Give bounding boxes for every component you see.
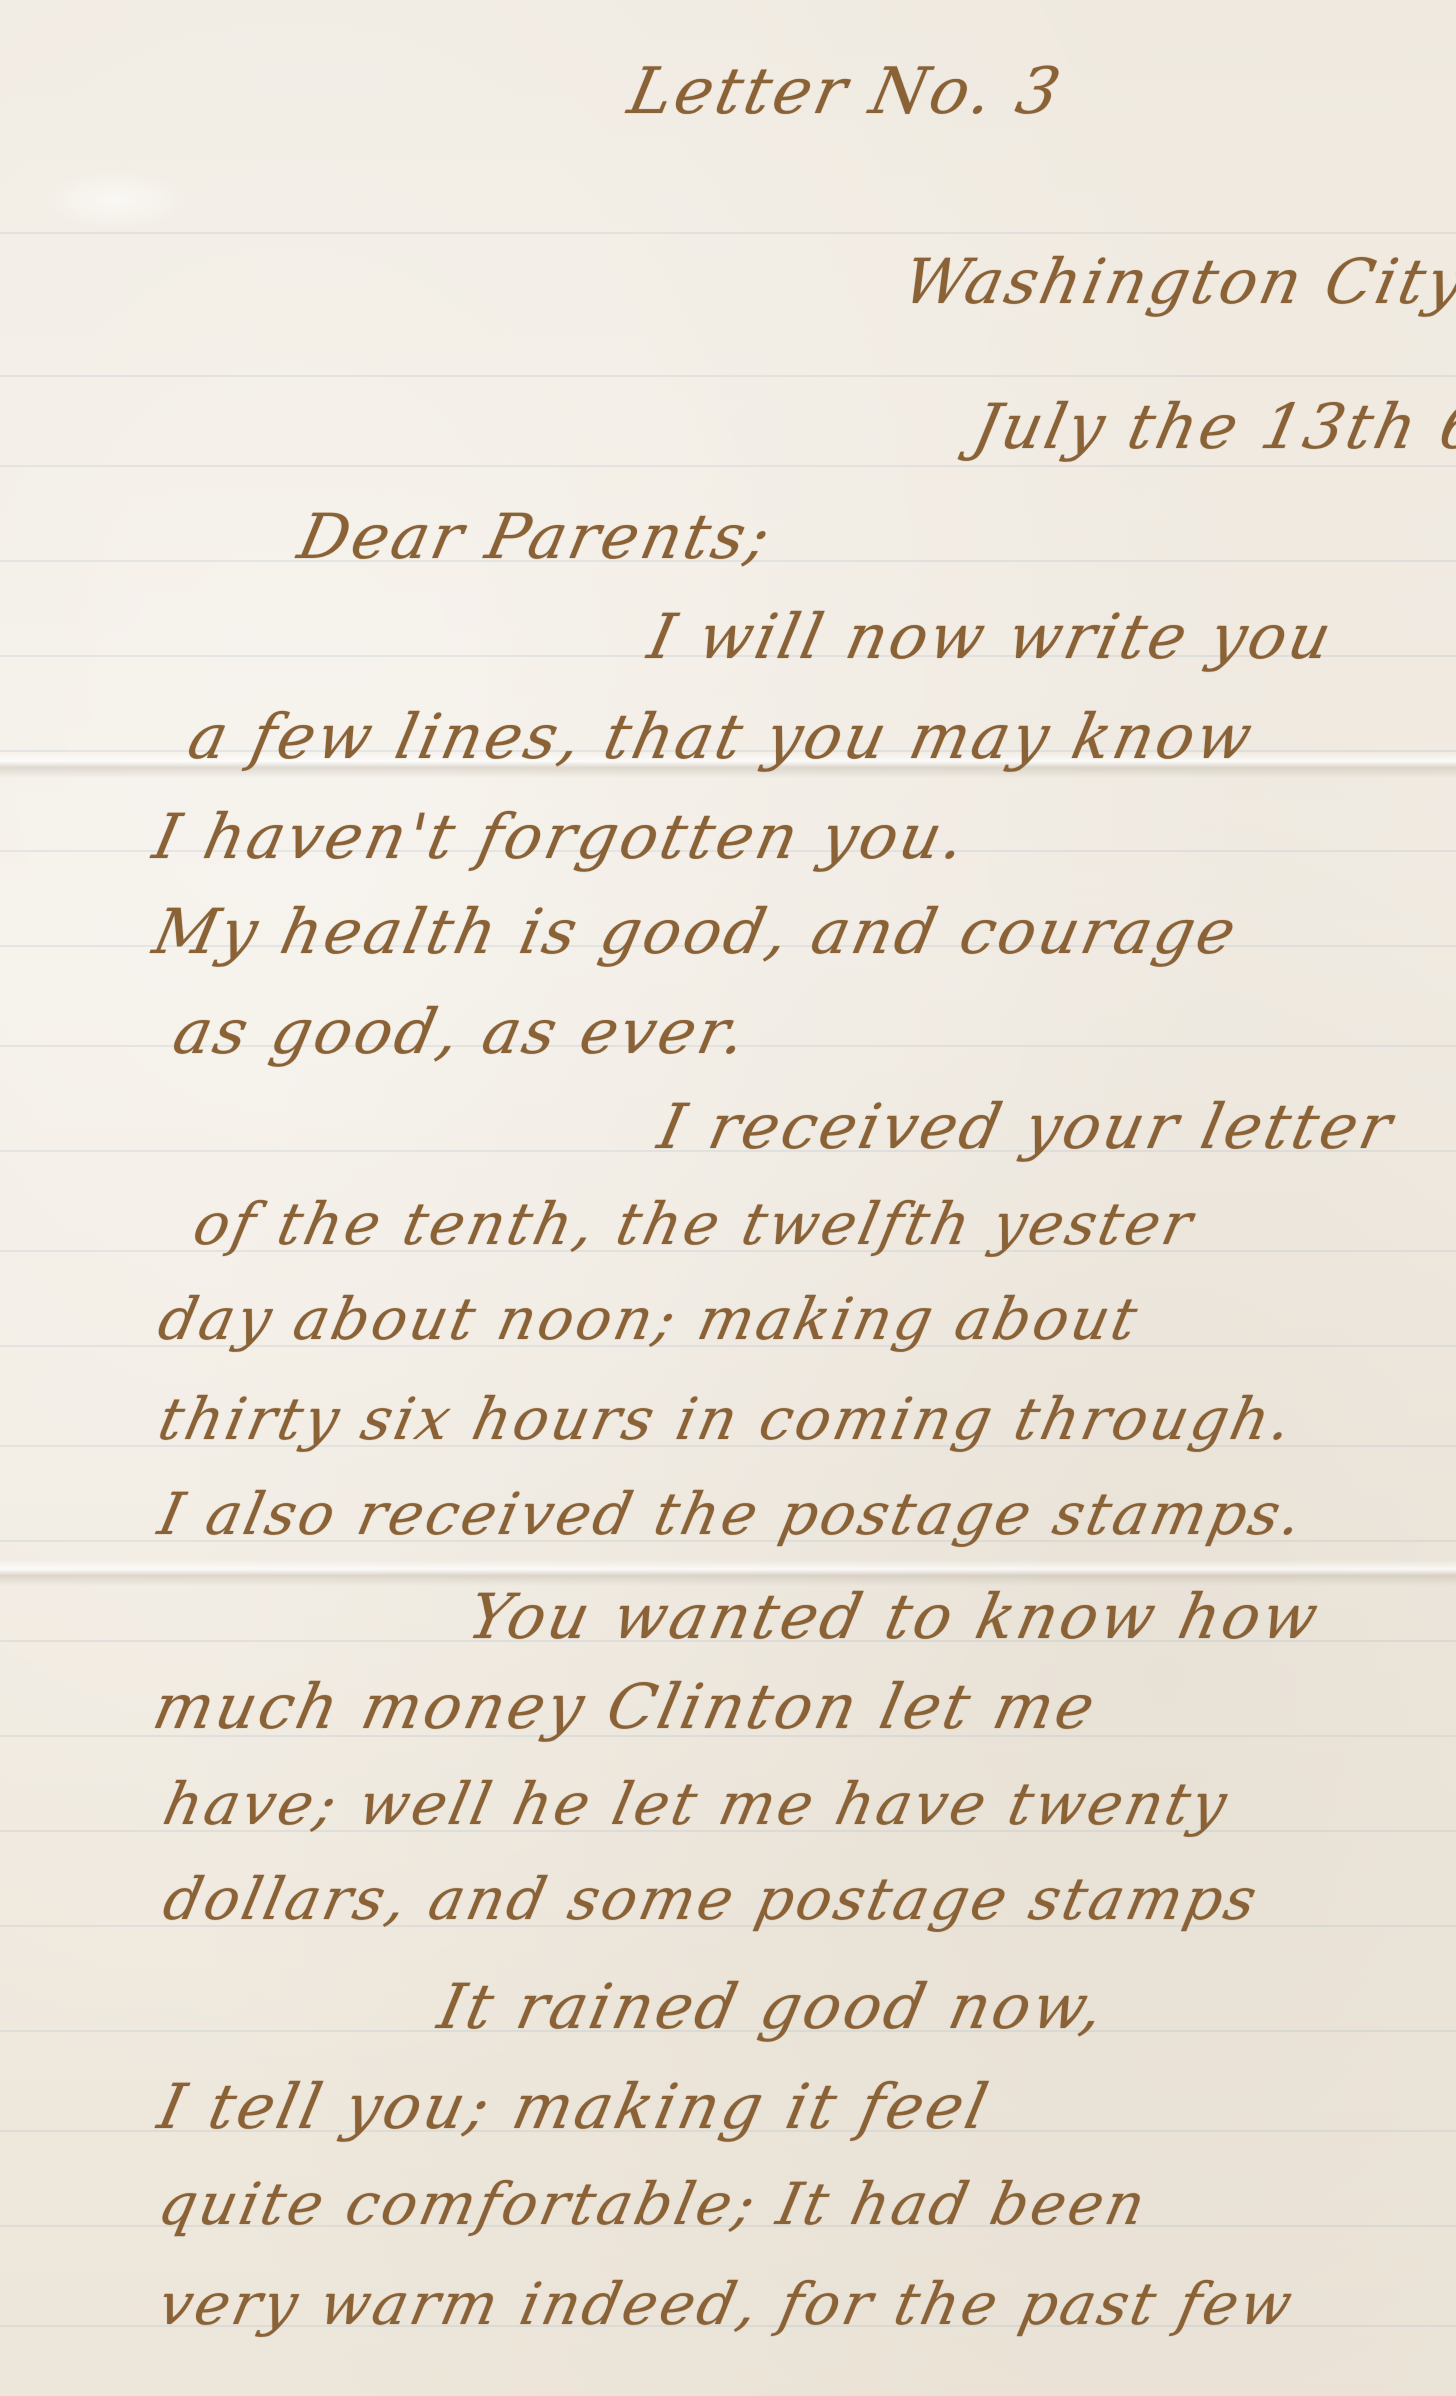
body-line: I also received the postage stamps. [153, 1480, 1311, 1548]
body-line: very warm indeed, for the past few [153, 2270, 1301, 2338]
letter-title: Letter No. 3 [622, 55, 1069, 129]
body-line: It rained good now, [432, 1970, 1113, 2043]
body-line: have; well he let me have twenty [158, 1770, 1236, 1838]
body-line: thirty six hours in coming through. [153, 1385, 1301, 1453]
ruled-line [0, 375, 1456, 377]
body-line: a few lines, that you may know [182, 700, 1261, 773]
letter-date: July the 13th 63 [967, 390, 1456, 463]
letter-place: Washington City [897, 245, 1456, 318]
body-line: of the tenth, the twelfth yester [188, 1190, 1201, 1258]
body-line: day about noon; making about [153, 1285, 1146, 1353]
body-line: I tell you; making it feel [152, 2070, 997, 2143]
body-line: I will now write you [642, 600, 1340, 673]
paper-emboss-stamp [40, 170, 190, 230]
body-line: as good, as ever. [167, 995, 755, 1068]
body-line: You wanted to know how [462, 1580, 1327, 1653]
body-line: My health is good, and courage [147, 895, 1245, 968]
body-line: I received your letter [652, 1090, 1401, 1163]
ruled-line [0, 465, 1456, 467]
body-line: I haven't forgotten you. [147, 800, 974, 873]
body-line: dollars, and some postage stamps [158, 1865, 1266, 1933]
letter-salutation: Dear Parents; [292, 500, 779, 573]
body-line: quite comfortable; It had been [153, 2170, 1154, 2238]
ruled-line [0, 232, 1456, 234]
body-line: much money Clinton let me [147, 1670, 1104, 1743]
